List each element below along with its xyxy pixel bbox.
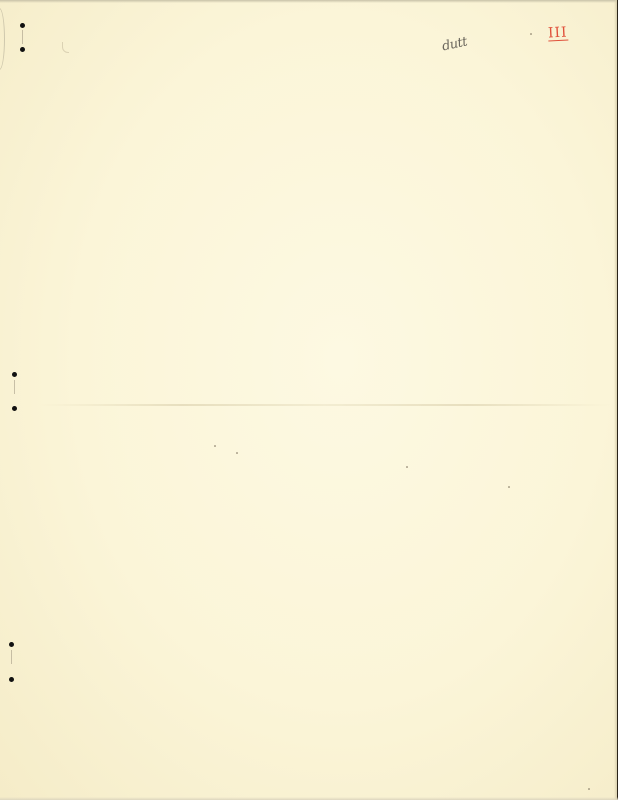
faint-pencil-mark	[62, 42, 69, 53]
punch-hole	[20, 47, 25, 52]
fold-line	[40, 404, 610, 406]
paper-speck	[588, 788, 590, 790]
page-top-edge	[0, 0, 618, 3]
punch-hole	[9, 677, 14, 682]
punch-guide-mark	[11, 650, 12, 664]
punch-hole	[20, 23, 25, 28]
punch-guide-mark	[14, 380, 15, 394]
punch-guide-mark	[22, 30, 23, 44]
paper-speck	[406, 466, 408, 468]
scanned-page: dutt III	[0, 0, 618, 800]
punch-hole	[12, 406, 17, 411]
paper-speck	[214, 445, 216, 447]
punch-hole	[9, 642, 14, 647]
red-roman-numeral: III	[548, 25, 568, 41]
page-right-edge	[614, 0, 618, 800]
paper-speck	[236, 452, 238, 454]
pencil-annotation: dutt	[441, 35, 469, 55]
page-curl	[0, 8, 5, 70]
paper-speck	[508, 486, 510, 488]
punch-hole	[12, 372, 17, 377]
paper-speck	[530, 33, 532, 35]
